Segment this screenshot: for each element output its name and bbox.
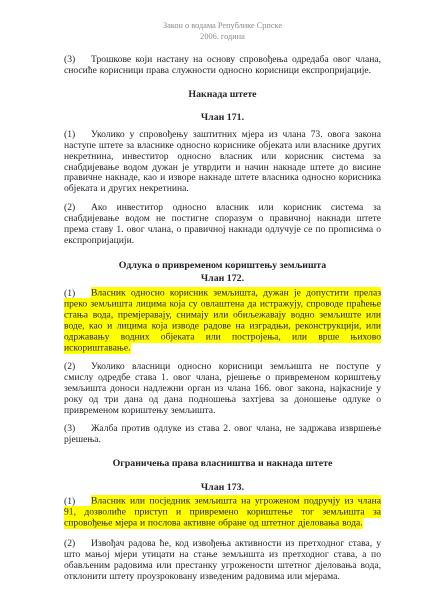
paragraph-171-2: (2)Ако инвеститор односно власник или ко… <box>64 203 381 247</box>
paragraph-172-3: (3)Жалба против одлуке из става 2. овог … <box>64 424 381 446</box>
section-heading-naknada-stete: Накнада штете <box>64 89 381 100</box>
paragraph-172-2: (2)Уколико власници односно корисници зе… <box>64 362 381 417</box>
running-header: Закон о водама Републике Српске 2006. го… <box>64 20 381 42</box>
article-heading-171: Члан 171. <box>64 112 381 123</box>
article-heading-172: Члан 172. <box>64 273 381 284</box>
running-header-year: 2006. година <box>64 31 381 42</box>
paragraph-text: Уколико у спровођењу заштитних мјера из … <box>64 129 381 195</box>
paragraph-text: Ако инвеститор односно власник или корис… <box>64 202 381 246</box>
paragraph-text: Извођач радова ће, код извођења активнос… <box>64 538 381 582</box>
paragraph-text: Уколико власници односно корисници земљи… <box>64 361 381 416</box>
paragraph-171-1: (1)Уколико у спровођењу заштитних мјера … <box>64 130 381 195</box>
document-page: Закон о водама Републике Српске 2006. го… <box>0 0 441 600</box>
highlighted-paragraph-text: Власник односно корисник земљишта, дужан… <box>64 287 381 354</box>
highlighted-paragraph-text: Власник или посједник земљишта на угроже… <box>64 495 381 529</box>
section-heading-ogranicenja: Ограничења права власништва и накнада шт… <box>64 458 381 469</box>
paragraph-173-2: (2)Извођач радова ће, код извођења актив… <box>64 539 381 583</box>
paragraph-text: Жалба против одлуке из става 2. овог чла… <box>64 423 381 445</box>
running-header-title: Закон о водама Републике Српске <box>64 20 381 31</box>
paragraph-173-1: (1)Власник или посједник земљишта на угр… <box>64 497 381 530</box>
section-heading-odluka: Одлука о привременом кориштењу земљишта <box>64 260 381 271</box>
paragraph-172-1: (1)Власник односно корисник земљишта, ду… <box>64 289 381 354</box>
paragraph-text: Трошкове који настану на основу спровође… <box>64 54 381 76</box>
paragraph-170-3: (3)Трошкове који настану на основу спров… <box>64 55 381 77</box>
article-heading-173: Члан 173. <box>64 482 381 493</box>
